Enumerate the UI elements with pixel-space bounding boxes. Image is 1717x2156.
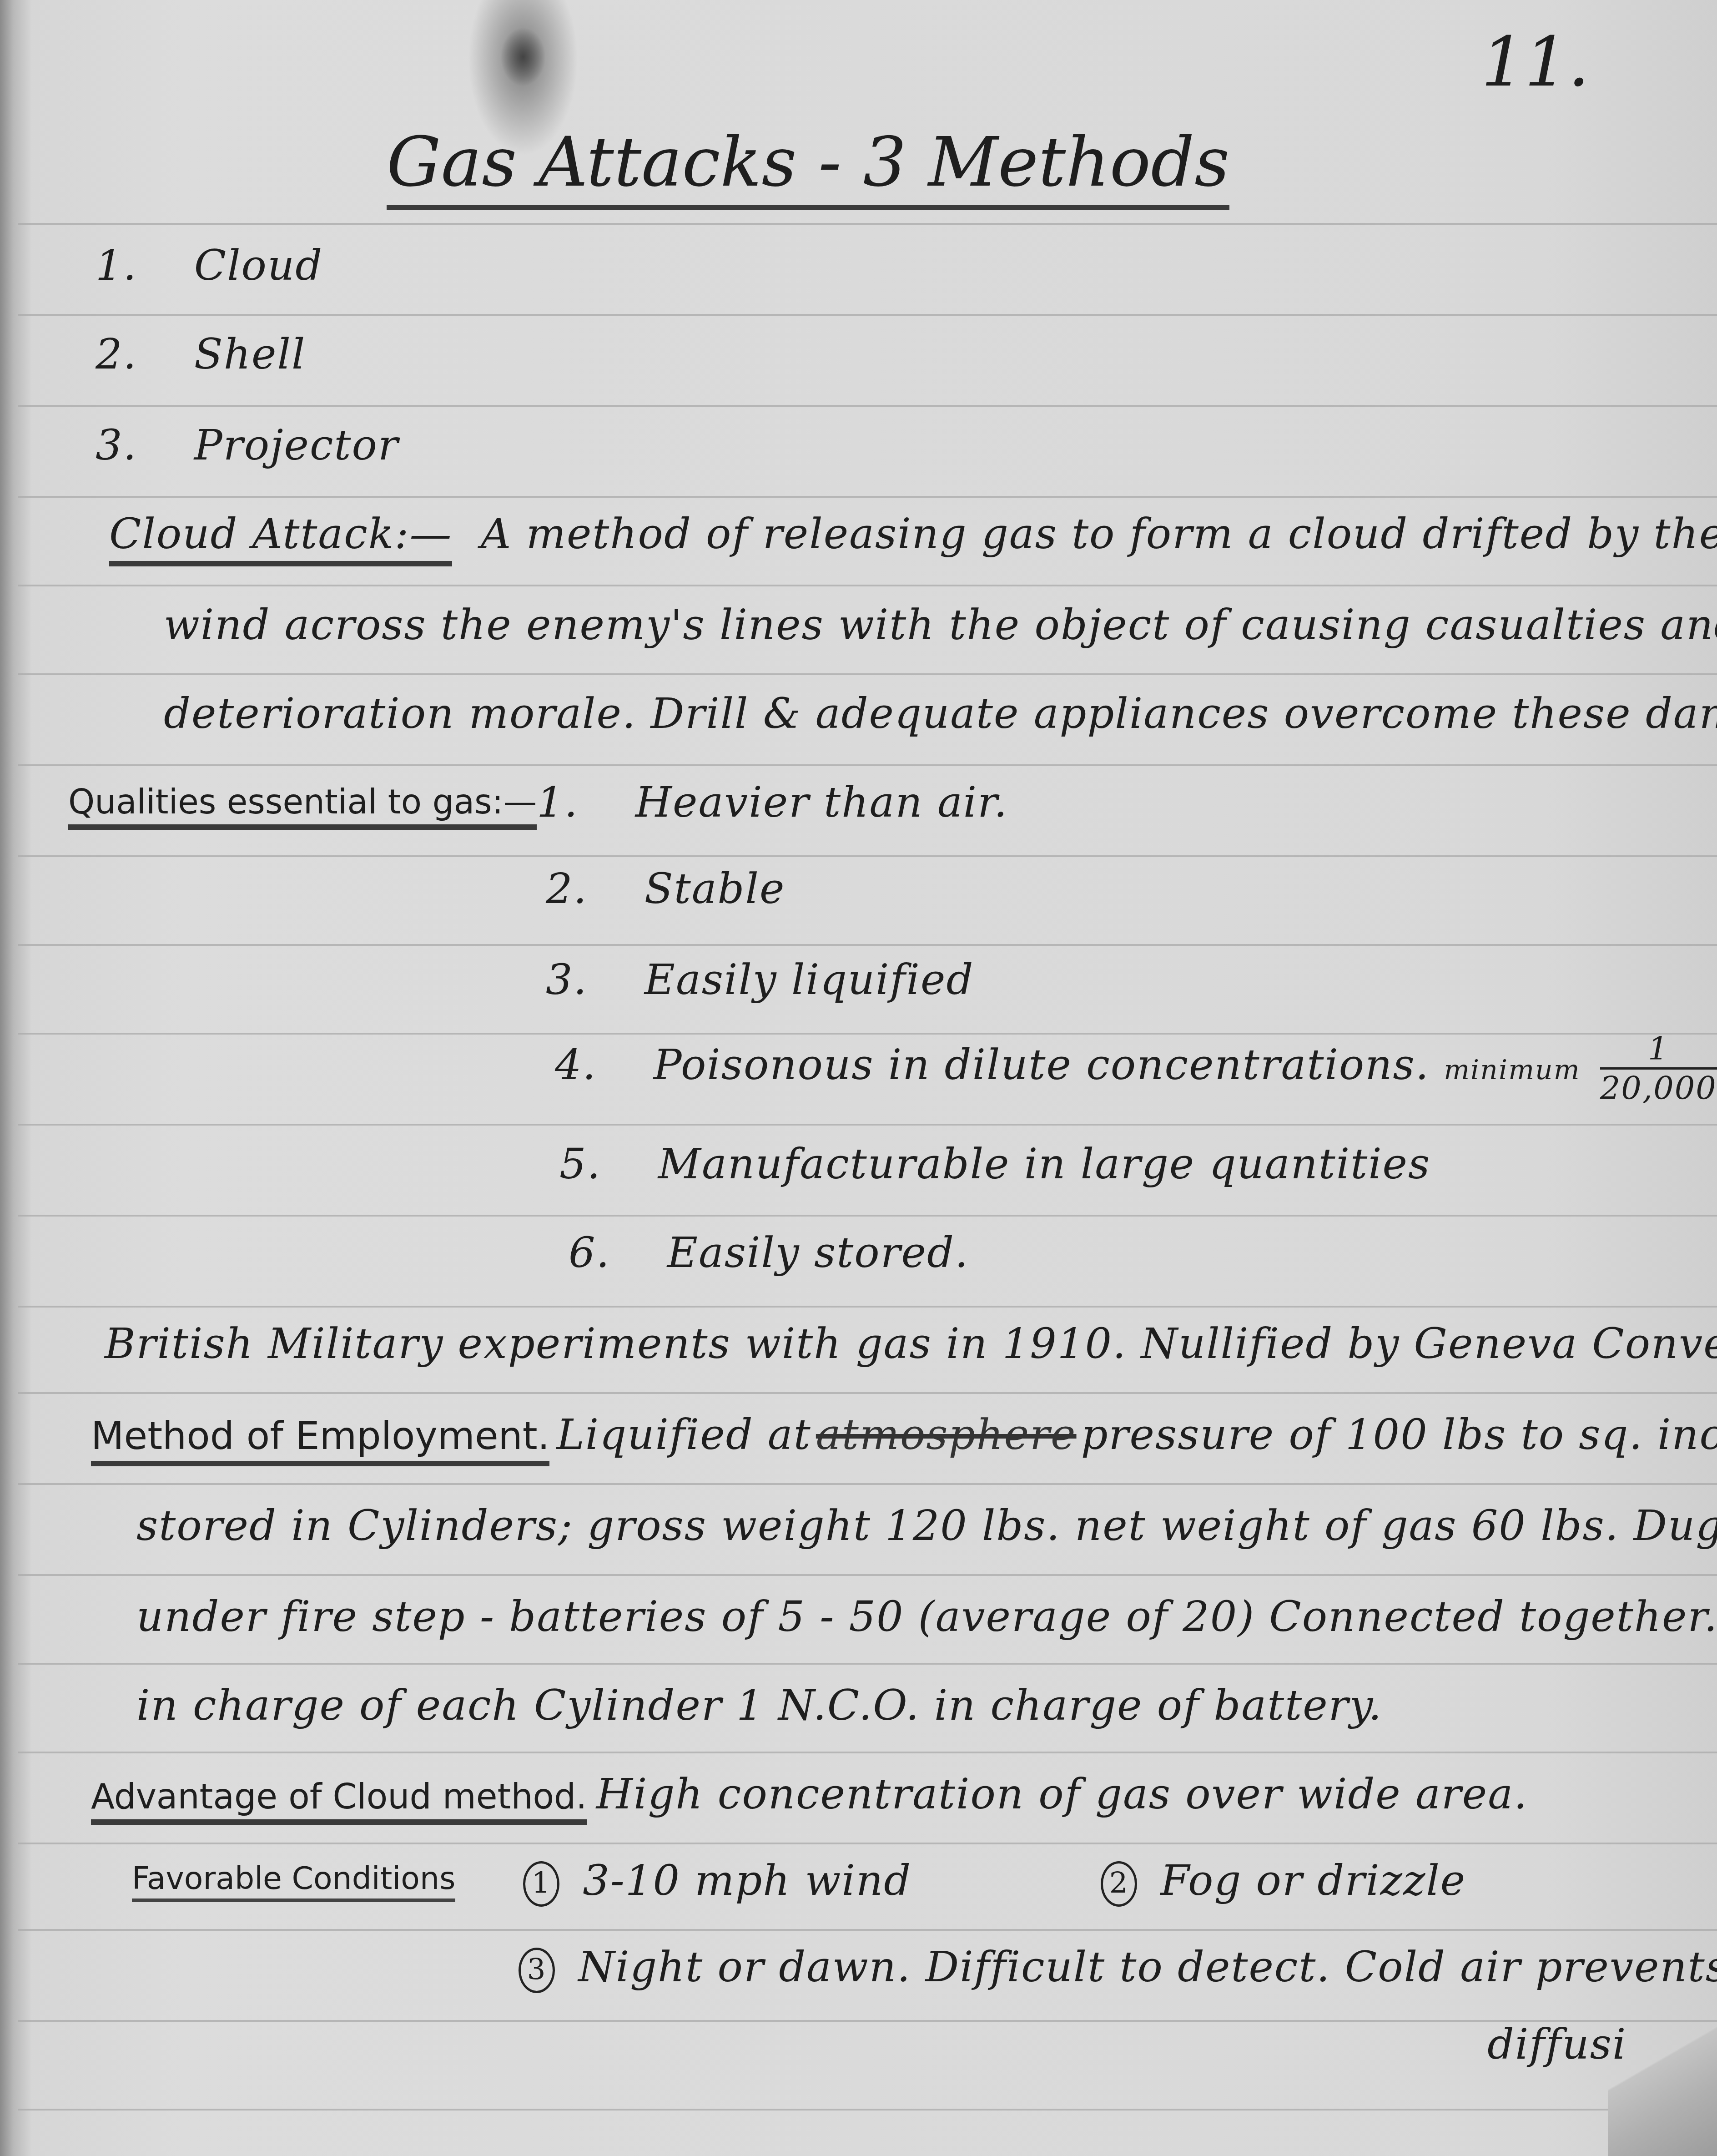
qualities-heading: Qualities essential to gas:— <box>68 783 537 830</box>
quality-item-5: 5. Manufacturable in large quantities <box>559 1140 1430 1188</box>
page-title: Gas Attacks - 3 Methods <box>387 123 1229 202</box>
employment-heading: Method of Employment. <box>91 1414 549 1466</box>
quality-item-1: 1. Heavier than air. <box>537 778 1008 827</box>
favorable-item-1: 1 3-10 mph wind <box>523 1856 911 1907</box>
quality-num: 6. <box>569 1228 610 1277</box>
struck-word: atmosphere <box>816 1410 1077 1459</box>
advantage-text: High concentration of gas over wide area… <box>596 1770 1528 1818</box>
method-label: Shell <box>194 330 306 379</box>
page-number: 11. <box>1481 23 1590 102</box>
cloud-attack-heading: Cloud Attack:— <box>109 510 452 566</box>
method-num: 1. <box>96 241 137 290</box>
folded-corner <box>1608 1983 1717 2156</box>
quality-text: Easily liquified <box>645 955 974 1004</box>
method-num: 3. <box>96 421 137 470</box>
employment-text-b: pressure of 100 lbs to sq. inch & <box>1081 1410 1717 1459</box>
quality-item-4: 4. Poisonous in dilute concentrations. m… <box>555 1033 1717 1104</box>
favorable-line-1: Favorable Conditions <box>132 1861 455 1897</box>
favorable-text: 3-10 mph wind <box>583 1856 911 1905</box>
employment-line-1: Method of Employment. Liquified at atmos… <box>91 1410 1717 1459</box>
advantage-heading: Advantage of Cloud method. <box>91 1776 587 1825</box>
quality-item-2: 2. Stable <box>546 864 785 913</box>
quality-text: Stable <box>645 864 785 913</box>
qualities-heading-line: Qualities essential to gas:— <box>68 783 537 822</box>
method-label: Projector <box>194 421 399 470</box>
quality-item-3: 3. Easily liquified <box>546 955 974 1004</box>
favorable-item-2: 2 Fog or drizzle <box>1101 1856 1466 1907</box>
employment-line-2: stored in Cylinders; gross weight 120 lb… <box>136 1501 1717 1550</box>
employment-line-3: under fire step - batteries of 5 - 50 (a… <box>136 1592 1717 1641</box>
circled-number: 2 <box>1101 1861 1137 1907</box>
method-label: Cloud <box>194 241 323 290</box>
method-num: 2. <box>96 330 137 379</box>
favorable-text: Fog or drizzle <box>1160 1856 1466 1905</box>
quality-text: Manufacturable in large quantities <box>658 1140 1430 1188</box>
quality-num: 4. <box>555 1040 597 1089</box>
method-item-3: 3. Projector <box>96 421 399 470</box>
advantage-line: Advantage of Cloud method. High concentr… <box>91 1770 1528 1818</box>
quality-text: Poisonous in dilute concentrations. <box>654 1040 1430 1089</box>
quality-item-6: 6. Easily stored. <box>569 1228 969 1277</box>
quality-num: 1. <box>537 778 579 827</box>
quality-num: 5. <box>559 1140 601 1188</box>
favorable-text: Night or dawn. Difficult to detect. Cold… <box>578 1943 1717 1991</box>
favorable-item-3: 3 Night or dawn. Difficult to detect. Co… <box>519 1943 1717 1993</box>
favorable-heading: Favorable Conditions <box>132 1861 455 1902</box>
cloud-attack-line-2: wind across the enemy's lines with the o… <box>164 601 1717 649</box>
employment-text-a: Liquified at <box>557 1410 811 1459</box>
quality-text: Heavier than air. <box>635 778 1008 827</box>
method-item-2: 2. Shell <box>96 330 306 379</box>
fraction-denominator: 20,000 <box>1600 1070 1717 1104</box>
fraction-numerator: 1 <box>1600 1033 1717 1070</box>
quality-text: Easily stored. <box>667 1228 969 1277</box>
cloud-attack-text: A method of releasing gas to form a clou… <box>481 510 1717 558</box>
notebook-page: 11. Gas Attacks - 3 Methods 1. Cloud 2. … <box>0 0 1717 2156</box>
british-experiments-line: British Military experiments with gas in… <box>105 1319 1717 1368</box>
quality-extra: minimum <box>1444 1054 1580 1086</box>
employment-line-4: in charge of each Cylinder 1 N.C.O. in c… <box>136 1681 1383 1730</box>
fraction: 1 20,000 <box>1600 1033 1717 1104</box>
circled-number: 1 <box>523 1861 559 1907</box>
favorable-continuation: diffusi <box>1487 2020 1626 2069</box>
quality-num: 3. <box>546 955 588 1004</box>
cloud-attack-line-1: Cloud Attack:— A method of releasing gas… <box>109 510 1717 558</box>
method-item-1: 1. Cloud <box>96 241 323 290</box>
circled-number: 3 <box>519 1948 555 1993</box>
quality-num: 2. <box>546 864 588 913</box>
cloud-attack-line-3: deterioration morale. Drill & adequate a… <box>164 689 1717 738</box>
page-title-text: Gas Attacks - 3 Methods <box>387 123 1229 210</box>
